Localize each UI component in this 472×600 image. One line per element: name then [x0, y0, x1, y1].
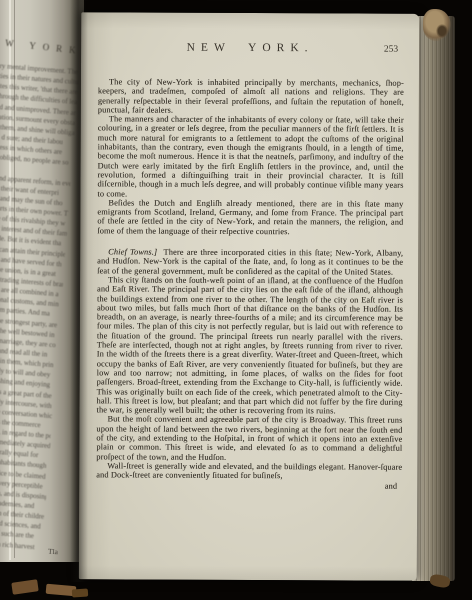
left-page-signature-mark: Tla — [48, 547, 58, 557]
paragraph-emigrants: Beſides the Dutch and Engliſh already me… — [97, 198, 403, 237]
body-text: The city of New-York is inhabited princi… — [96, 77, 404, 491]
paragraph-city-inhabitants: The city of New-York is inhabited princi… — [98, 77, 404, 116]
left-page-running-title-fragment: W YORK — [5, 38, 83, 56]
table-wood-fragment — [11, 579, 38, 595]
book-page: NEW YORK. 253 The city of New-York is in… — [79, 12, 419, 580]
damaged-corner-dark-spot — [436, 24, 448, 38]
paragraph-chief-towns: Chief Towns.]There are three incorporate… — [97, 247, 403, 276]
table-wood-fragment — [72, 588, 89, 597]
page-header: NEW YORK. 253 — [81, 41, 419, 58]
left-page-sliver: W YORK ry mental improvement. The whties… — [0, 0, 84, 562]
running-title: NEW YORK. — [81, 41, 419, 54]
paragraph-city-plan: This city ſtands on the ſouth-weſt point… — [96, 275, 403, 416]
paragraph-wall-street: Wall-ſtreet is generally wide and elevat… — [96, 461, 402, 481]
catchword: and — [96, 481, 402, 492]
paragraph-broadway: But the moſt convenient and agreeable pa… — [96, 415, 402, 463]
section-lead-chief-towns: Chief Towns.] — [108, 247, 163, 256]
page-number: 253 — [384, 45, 398, 55]
paragraph-manners-character: The manners and character of the inhabit… — [97, 115, 403, 200]
left-page-text-fragments: ry mental improvement. The whties in the… — [0, 62, 80, 554]
